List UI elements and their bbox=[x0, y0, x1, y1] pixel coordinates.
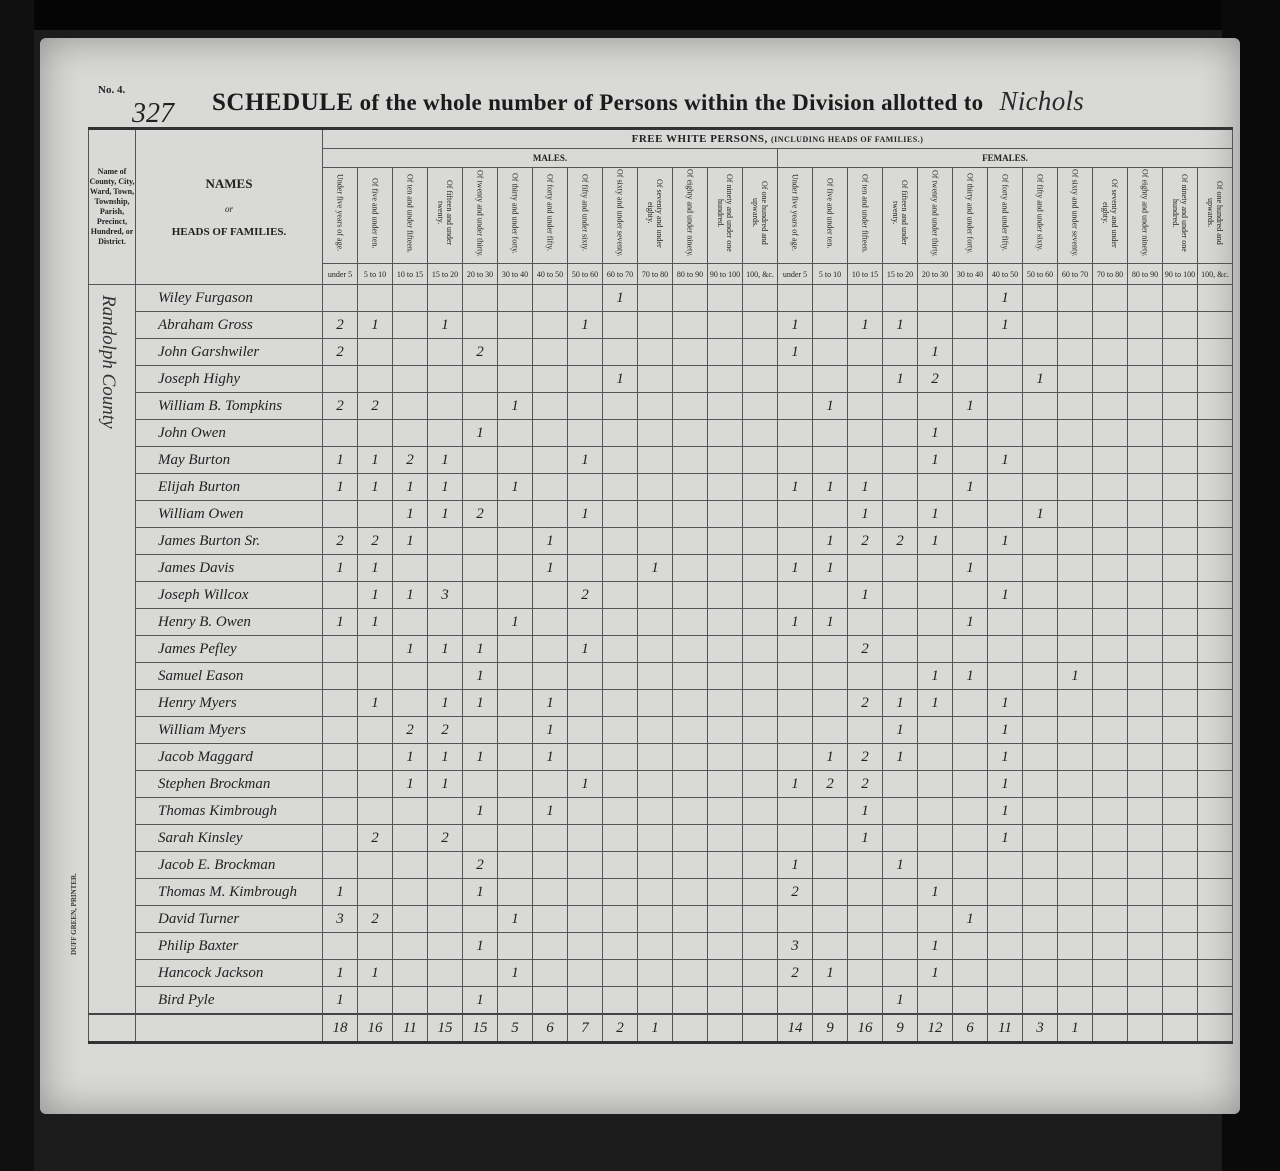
female-count-cell bbox=[1163, 636, 1198, 663]
age-description-text: Under five years of age. bbox=[336, 174, 345, 251]
male-count-cell bbox=[638, 636, 673, 663]
male-count-cell bbox=[638, 366, 673, 393]
male-count-cell bbox=[743, 339, 778, 366]
female-count-cell bbox=[1058, 690, 1093, 717]
female-count-cell bbox=[1198, 366, 1233, 393]
male-count-cell: 1 bbox=[428, 771, 463, 798]
male-count-cell bbox=[673, 987, 708, 1015]
female-count-cell bbox=[1163, 771, 1198, 798]
male-count-cell bbox=[638, 609, 673, 636]
male-count-cell bbox=[603, 744, 638, 771]
female-count-cell: 1 bbox=[813, 744, 848, 771]
household-row: James Burton Sr.221112211 bbox=[89, 528, 1233, 555]
head-of-family-name: William Myers bbox=[136, 717, 323, 744]
male-count-cell bbox=[708, 636, 743, 663]
female-count-cell bbox=[883, 636, 918, 663]
head-of-family-name: Henry B. Owen bbox=[136, 609, 323, 636]
female-count-cell bbox=[1163, 717, 1198, 744]
male-total-cell: 1 bbox=[638, 1014, 673, 1043]
female-count-cell bbox=[778, 636, 813, 663]
male-count-cell bbox=[673, 474, 708, 501]
female-count-cell bbox=[953, 636, 988, 663]
male-count-cell: 2 bbox=[323, 393, 358, 420]
female-count-cell: 1 bbox=[778, 339, 813, 366]
female-count-cell bbox=[778, 420, 813, 447]
male-count-cell: 2 bbox=[393, 717, 428, 744]
female-count-cell bbox=[1128, 690, 1163, 717]
male-count-cell: 2 bbox=[463, 852, 498, 879]
age-description-text: Of ninety and under one hundred. bbox=[716, 168, 734, 258]
male-count-cell bbox=[533, 987, 568, 1015]
female-count-cell bbox=[1163, 582, 1198, 609]
female-total-cell bbox=[1198, 1014, 1233, 1043]
female-count-cell bbox=[1023, 555, 1058, 582]
male-count-cell bbox=[358, 366, 393, 393]
female-count-cell bbox=[988, 393, 1023, 420]
male-total-cell: 11 bbox=[393, 1014, 428, 1043]
male-count-cell bbox=[673, 366, 708, 393]
female-count-cell bbox=[883, 501, 918, 528]
female-count-cell bbox=[953, 447, 988, 474]
male-total-cell: 6 bbox=[533, 1014, 568, 1043]
names-title: NAMES bbox=[136, 176, 322, 192]
male-count-cell bbox=[638, 285, 673, 312]
head-of-family-name: Hancock Jackson bbox=[136, 960, 323, 987]
female-count-cell bbox=[1023, 987, 1058, 1015]
male-count-cell bbox=[533, 960, 568, 987]
male-count-cell bbox=[638, 501, 673, 528]
female-count-cell bbox=[1163, 663, 1198, 690]
male-count-cell: 2 bbox=[323, 528, 358, 555]
male-count-cell bbox=[498, 798, 533, 825]
male-count-cell bbox=[603, 933, 638, 960]
female-count-cell bbox=[988, 906, 1023, 933]
male-count-cell bbox=[708, 528, 743, 555]
female-count-cell bbox=[1023, 798, 1058, 825]
male-count-cell: 1 bbox=[428, 744, 463, 771]
male-count-cell bbox=[743, 312, 778, 339]
male-count-cell bbox=[743, 744, 778, 771]
male-count-cell bbox=[638, 960, 673, 987]
male-count-cell: 1 bbox=[323, 987, 358, 1015]
male-count-cell bbox=[743, 285, 778, 312]
male-count-cell bbox=[708, 771, 743, 798]
male-count-cell bbox=[428, 555, 463, 582]
female-count-cell bbox=[848, 933, 883, 960]
head-of-family-name: Jacob Maggard bbox=[136, 744, 323, 771]
male-total-cell: 15 bbox=[428, 1014, 463, 1043]
male-count-cell bbox=[603, 339, 638, 366]
head-of-family-name: John Garshwiler bbox=[136, 339, 323, 366]
male-count-cell bbox=[673, 420, 708, 447]
female-count-cell bbox=[778, 744, 813, 771]
male-count-cell bbox=[743, 771, 778, 798]
age-description-text: Of sixty and under seventy. bbox=[616, 169, 625, 257]
female-count-cell bbox=[918, 285, 953, 312]
age-description-text: Of fifteen and under twenty. bbox=[891, 168, 909, 258]
male-count-cell bbox=[638, 744, 673, 771]
female-count-cell bbox=[1198, 825, 1233, 852]
female-count-cell bbox=[988, 339, 1023, 366]
film-edge-left bbox=[0, 0, 34, 1171]
male-count-cell bbox=[533, 771, 568, 798]
male-count-cell bbox=[743, 933, 778, 960]
male-count-cell bbox=[603, 447, 638, 474]
female-count-cell: 2 bbox=[778, 960, 813, 987]
female-count-cell: 2 bbox=[848, 771, 883, 798]
male-count-cell bbox=[673, 339, 708, 366]
male-count-cell: 1 bbox=[463, 690, 498, 717]
male-count-cell: 2 bbox=[358, 825, 393, 852]
female-count-cell bbox=[918, 393, 953, 420]
male-age-description: Under five years of age. bbox=[323, 168, 358, 264]
male-count-cell bbox=[428, 285, 463, 312]
female-count-cell bbox=[813, 636, 848, 663]
female-count-cell bbox=[953, 717, 988, 744]
male-count-cell bbox=[708, 339, 743, 366]
male-count-cell bbox=[568, 555, 603, 582]
head-of-family-name: Wiley Furgason bbox=[136, 285, 323, 312]
male-count-cell bbox=[568, 474, 603, 501]
male-total-cell: 16 bbox=[358, 1014, 393, 1043]
male-count-cell bbox=[428, 852, 463, 879]
female-count-cell bbox=[1128, 393, 1163, 420]
male-count-cell bbox=[603, 987, 638, 1015]
female-count-cell bbox=[953, 798, 988, 825]
male-count-cell bbox=[603, 555, 638, 582]
female-age-range: 15 to 20 bbox=[883, 264, 918, 285]
male-count-cell bbox=[463, 528, 498, 555]
female-count-cell: 2 bbox=[883, 528, 918, 555]
female-count-cell bbox=[1128, 582, 1163, 609]
female-count-cell bbox=[1163, 447, 1198, 474]
male-age-description: Of twenty and under thirty. bbox=[463, 168, 498, 264]
female-count-cell bbox=[988, 960, 1023, 987]
female-count-cell bbox=[918, 771, 953, 798]
male-total-cell: 15 bbox=[463, 1014, 498, 1043]
household-row: May Burton1121111 bbox=[89, 447, 1233, 474]
male-count-cell bbox=[603, 879, 638, 906]
male-count-cell bbox=[603, 825, 638, 852]
male-count-cell bbox=[393, 393, 428, 420]
male-count-cell bbox=[463, 447, 498, 474]
age-description-text: Of five and under ten. bbox=[826, 178, 835, 248]
male-count-cell bbox=[708, 798, 743, 825]
male-count-cell bbox=[638, 933, 673, 960]
female-age-description: Of seventy and under eighty. bbox=[1093, 168, 1128, 264]
head-of-family-name: Joseph Willcox bbox=[136, 582, 323, 609]
female-count-cell bbox=[848, 663, 883, 690]
female-count-cell bbox=[1198, 555, 1233, 582]
female-total-cell bbox=[1093, 1014, 1128, 1043]
female-count-cell bbox=[1128, 744, 1163, 771]
male-count-cell: 1 bbox=[358, 447, 393, 474]
male-count-cell bbox=[743, 663, 778, 690]
male-count-cell: 1 bbox=[323, 960, 358, 987]
male-count-cell bbox=[498, 744, 533, 771]
head-of-family-name: James Burton Sr. bbox=[136, 528, 323, 555]
male-count-cell bbox=[743, 825, 778, 852]
female-count-cell bbox=[1198, 771, 1233, 798]
female-count-cell bbox=[1093, 528, 1128, 555]
female-count-cell bbox=[1023, 312, 1058, 339]
female-count-cell bbox=[1093, 285, 1128, 312]
male-count-cell: 1 bbox=[463, 420, 498, 447]
household-row: Thomas M. Kimbrough1121 bbox=[89, 879, 1233, 906]
male-count-cell bbox=[323, 636, 358, 663]
male-count-cell bbox=[463, 717, 498, 744]
female-count-cell bbox=[918, 555, 953, 582]
female-count-cell bbox=[883, 663, 918, 690]
female-count-cell bbox=[1128, 825, 1163, 852]
male-count-cell bbox=[673, 933, 708, 960]
male-count-cell bbox=[673, 825, 708, 852]
female-count-cell bbox=[918, 825, 953, 852]
male-count-cell: 1 bbox=[463, 636, 498, 663]
female-count-cell bbox=[953, 690, 988, 717]
female-count-cell: 1 bbox=[778, 609, 813, 636]
male-count-cell bbox=[393, 690, 428, 717]
male-count-cell bbox=[568, 609, 603, 636]
male-age-description: Of fifteen and under twenty. bbox=[428, 168, 463, 264]
male-count-cell bbox=[603, 960, 638, 987]
male-count-cell bbox=[533, 420, 568, 447]
female-count-cell: 1 bbox=[848, 474, 883, 501]
female-count-cell bbox=[1198, 879, 1233, 906]
female-count-cell bbox=[778, 825, 813, 852]
female-count-cell bbox=[848, 285, 883, 312]
male-count-cell: 1 bbox=[428, 312, 463, 339]
male-age-description: Of thirty and under forty. bbox=[498, 168, 533, 264]
age-description-text: Of ten and under fifteen. bbox=[406, 174, 415, 253]
male-count-cell: 2 bbox=[393, 447, 428, 474]
female-count-cell bbox=[813, 285, 848, 312]
male-count-cell bbox=[673, 906, 708, 933]
female-count-cell bbox=[1198, 474, 1233, 501]
male-count-cell: 2 bbox=[323, 312, 358, 339]
female-count-cell bbox=[918, 717, 953, 744]
female-count-cell bbox=[883, 906, 918, 933]
female-count-cell bbox=[1198, 906, 1233, 933]
female-count-cell bbox=[883, 420, 918, 447]
male-count-cell: 1 bbox=[568, 636, 603, 663]
male-count-cell bbox=[673, 312, 708, 339]
female-count-cell bbox=[778, 798, 813, 825]
female-count-cell bbox=[1023, 663, 1058, 690]
female-count-cell bbox=[813, 798, 848, 825]
age-description-text: Of ninety and under one hundred. bbox=[1171, 168, 1189, 258]
male-count-cell bbox=[708, 906, 743, 933]
female-count-cell: 1 bbox=[953, 393, 988, 420]
male-count-cell: 1 bbox=[358, 582, 393, 609]
male-count-cell: 1 bbox=[393, 501, 428, 528]
male-count-cell: 1 bbox=[323, 447, 358, 474]
female-count-cell bbox=[1163, 501, 1198, 528]
male-count-cell bbox=[708, 312, 743, 339]
male-count-cell: 1 bbox=[603, 366, 638, 393]
female-count-cell bbox=[918, 312, 953, 339]
male-count-cell bbox=[463, 474, 498, 501]
female-count-cell: 1 bbox=[1058, 663, 1093, 690]
female-age-description: Of ninety and under one hundred. bbox=[1163, 168, 1198, 264]
male-count-cell bbox=[393, 663, 428, 690]
male-count-cell bbox=[638, 582, 673, 609]
female-count-cell bbox=[1093, 501, 1128, 528]
male-count-cell bbox=[323, 771, 358, 798]
male-count-cell bbox=[358, 744, 393, 771]
male-count-cell bbox=[708, 393, 743, 420]
female-count-cell bbox=[813, 582, 848, 609]
male-count-cell: 1 bbox=[358, 690, 393, 717]
female-count-cell bbox=[1093, 852, 1128, 879]
male-count-cell bbox=[428, 663, 463, 690]
printer-imprint: DUFF GREEN, PRINTER. bbox=[70, 873, 78, 955]
female-count-cell bbox=[848, 852, 883, 879]
female-count-cell bbox=[1128, 636, 1163, 663]
female-count-cell bbox=[1198, 744, 1233, 771]
female-count-cell bbox=[1093, 420, 1128, 447]
male-count-cell: 1 bbox=[568, 501, 603, 528]
female-count-cell bbox=[1023, 420, 1058, 447]
male-count-cell bbox=[463, 285, 498, 312]
male-total-cell bbox=[673, 1014, 708, 1043]
male-count-cell bbox=[708, 879, 743, 906]
household-row: Bird Pyle111 bbox=[89, 987, 1233, 1015]
female-count-cell bbox=[1058, 717, 1093, 744]
female-count-cell bbox=[883, 285, 918, 312]
female-count-cell: 1 bbox=[918, 879, 953, 906]
male-count-cell bbox=[603, 717, 638, 744]
female-count-cell bbox=[813, 825, 848, 852]
division-name: Nichols bbox=[1000, 86, 1085, 116]
male-count-cell bbox=[708, 825, 743, 852]
female-count-cell bbox=[1058, 906, 1093, 933]
head-of-family-name: Bird Pyle bbox=[136, 987, 323, 1015]
age-description-text: Of twenty and under thirty. bbox=[476, 170, 485, 257]
female-count-cell bbox=[1023, 609, 1058, 636]
female-count-cell bbox=[1023, 960, 1058, 987]
totals-row: 1816111515567211491691261131 bbox=[89, 1014, 1233, 1043]
female-count-cell bbox=[918, 906, 953, 933]
male-age-description: Of ninety and under one hundred. bbox=[708, 168, 743, 264]
female-count-cell: 1 bbox=[778, 771, 813, 798]
female-count-cell: 2 bbox=[813, 771, 848, 798]
female-count-cell bbox=[1058, 339, 1093, 366]
male-count-cell: 1 bbox=[463, 933, 498, 960]
male-count-cell bbox=[568, 906, 603, 933]
age-description-text: Of fifty and under sixty. bbox=[1036, 174, 1045, 251]
female-count-cell bbox=[918, 798, 953, 825]
household-row: Joseph Highy1121 bbox=[89, 366, 1233, 393]
male-count-cell bbox=[498, 366, 533, 393]
male-count-cell bbox=[498, 528, 533, 555]
male-count-cell bbox=[568, 285, 603, 312]
male-count-cell bbox=[463, 582, 498, 609]
male-count-cell: 1 bbox=[463, 744, 498, 771]
male-count-cell bbox=[673, 285, 708, 312]
female-count-cell: 1 bbox=[813, 609, 848, 636]
household-row: William Owen1121111 bbox=[89, 501, 1233, 528]
female-count-cell: 1 bbox=[918, 528, 953, 555]
female-count-cell bbox=[918, 744, 953, 771]
male-count-cell bbox=[498, 933, 533, 960]
female-count-cell bbox=[1128, 987, 1163, 1015]
male-count-cell bbox=[463, 393, 498, 420]
male-count-cell: 1 bbox=[568, 312, 603, 339]
male-count-cell bbox=[708, 285, 743, 312]
female-count-cell bbox=[883, 339, 918, 366]
male-count-cell: 1 bbox=[533, 555, 568, 582]
male-count-cell bbox=[708, 420, 743, 447]
female-count-cell: 1 bbox=[848, 825, 883, 852]
male-count-cell bbox=[603, 906, 638, 933]
female-count-cell bbox=[813, 447, 848, 474]
female-age-range: 100, &c. bbox=[1198, 264, 1233, 285]
male-count-cell bbox=[428, 906, 463, 933]
female-count-cell bbox=[1163, 960, 1198, 987]
male-age-description: Of seventy and under eighty. bbox=[638, 168, 673, 264]
age-description-text: Of twenty and under thirty. bbox=[931, 170, 940, 257]
household-row: Hancock Jackson111211 bbox=[89, 960, 1233, 987]
female-age-description: Of fifty and under sixty. bbox=[1023, 168, 1058, 264]
male-count-cell bbox=[708, 744, 743, 771]
female-count-cell bbox=[883, 798, 918, 825]
female-count-cell bbox=[988, 420, 1023, 447]
male-count-cell bbox=[393, 960, 428, 987]
male-count-cell bbox=[568, 717, 603, 744]
female-count-cell: 1 bbox=[883, 690, 918, 717]
female-count-cell bbox=[1198, 285, 1233, 312]
place-name: Randolph County bbox=[97, 295, 119, 429]
male-count-cell bbox=[498, 447, 533, 474]
male-count-cell bbox=[533, 366, 568, 393]
male-count-cell bbox=[428, 987, 463, 1015]
male-count-cell: 2 bbox=[358, 906, 393, 933]
age-description-text: Under five years of age. bbox=[791, 174, 800, 251]
female-count-cell bbox=[883, 447, 918, 474]
head-of-family-name: Sarah Kinsley bbox=[136, 825, 323, 852]
female-count-cell bbox=[953, 366, 988, 393]
male-age-range: 50 to 60 bbox=[568, 264, 603, 285]
female-count-cell bbox=[883, 771, 918, 798]
female-count-cell bbox=[1198, 582, 1233, 609]
male-count-cell bbox=[638, 825, 673, 852]
male-count-cell bbox=[708, 474, 743, 501]
female-count-cell bbox=[1058, 852, 1093, 879]
head-of-family-name: Abraham Gross bbox=[136, 312, 323, 339]
female-count-cell: 1 bbox=[918, 447, 953, 474]
male-count-cell: 1 bbox=[533, 690, 568, 717]
household-row: Henry Myers11112111 bbox=[89, 690, 1233, 717]
female-age-range: 90 to 100 bbox=[1163, 264, 1198, 285]
male-age-range: 10 to 15 bbox=[393, 264, 428, 285]
male-count-cell bbox=[498, 717, 533, 744]
female-count-cell: 1 bbox=[883, 852, 918, 879]
male-count-cell bbox=[568, 879, 603, 906]
female-count-cell bbox=[918, 609, 953, 636]
female-count-cell bbox=[1058, 420, 1093, 447]
head-of-family-name: Elijah Burton bbox=[136, 474, 323, 501]
household-row: James Pefley11112 bbox=[89, 636, 1233, 663]
male-count-cell: 1 bbox=[463, 987, 498, 1015]
female-count-cell bbox=[1163, 420, 1198, 447]
male-count-cell bbox=[743, 366, 778, 393]
male-count-cell: 1 bbox=[463, 663, 498, 690]
female-count-cell bbox=[1128, 960, 1163, 987]
head-of-family-name: Stephen Brockman bbox=[136, 771, 323, 798]
male-count-cell bbox=[358, 879, 393, 906]
male-count-cell: 2 bbox=[428, 825, 463, 852]
